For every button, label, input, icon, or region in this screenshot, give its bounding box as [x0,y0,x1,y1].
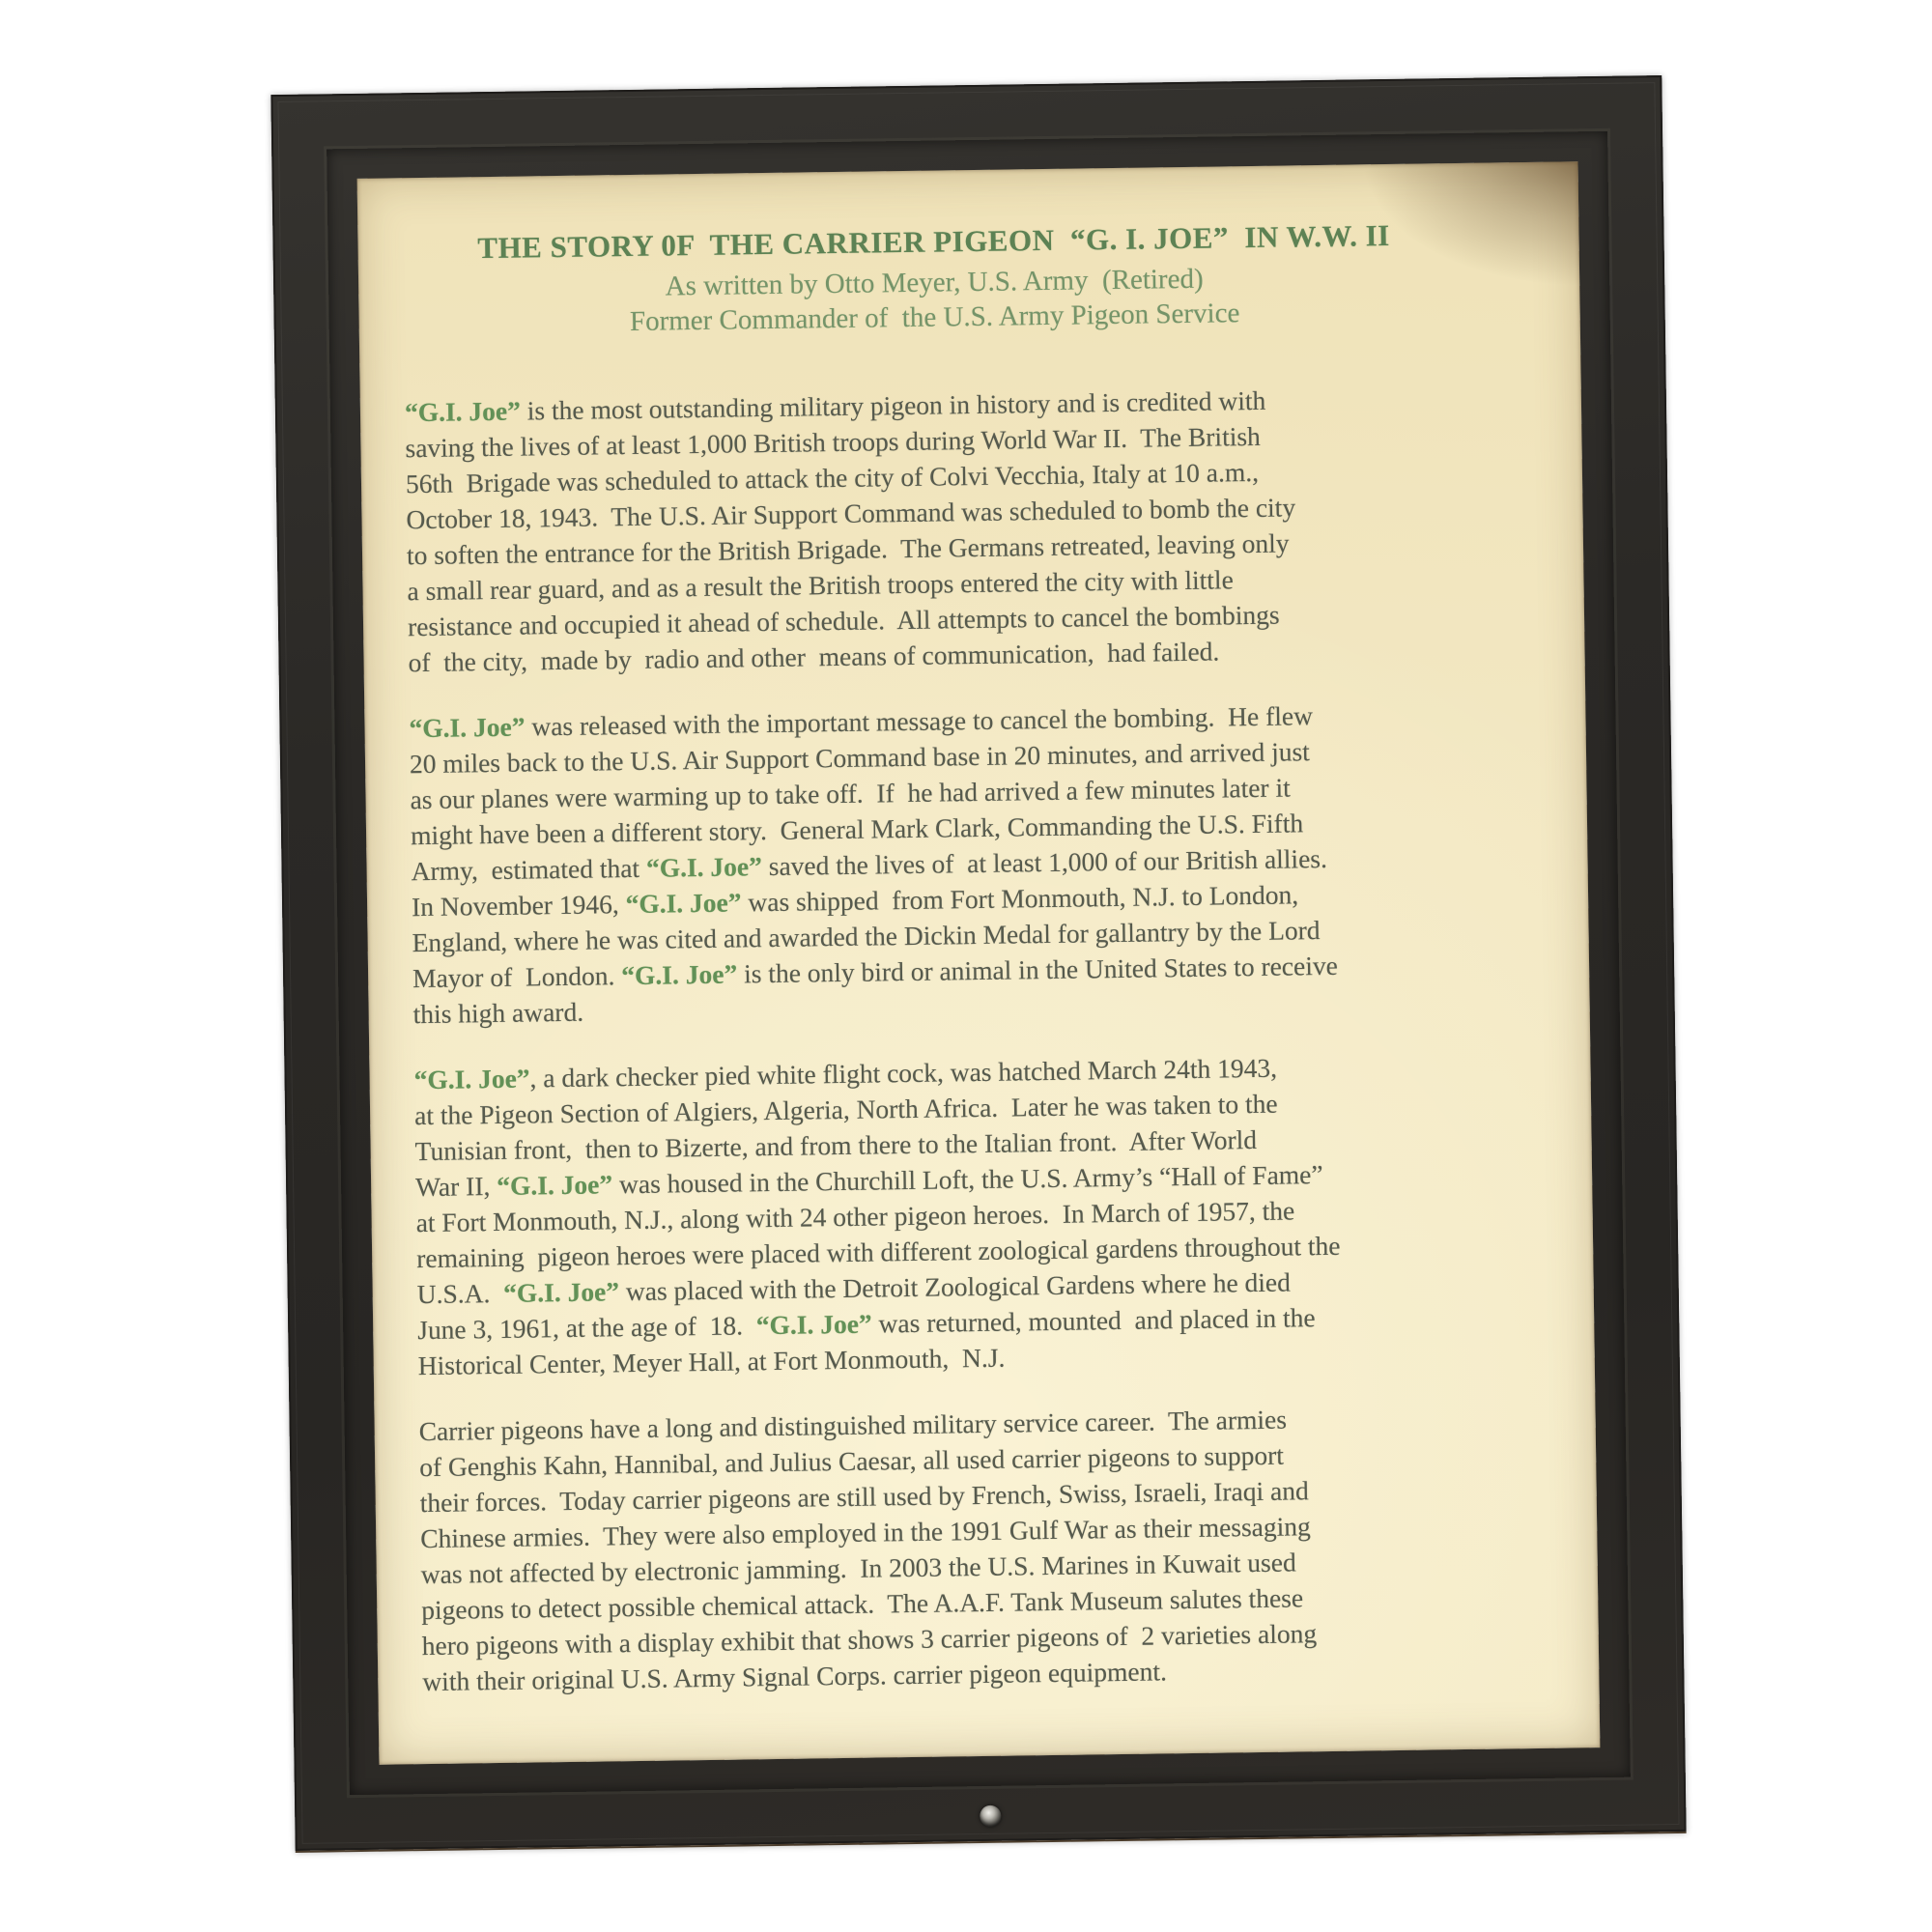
photo-background: THE STORY 0F THE CARRIER PIGEON “G. I. J… [0,0,1932,1932]
highlight-run: “G.I. Joe” [503,1276,619,1308]
text-run: is the only bird or animal in the United… [737,951,1338,989]
text-run: Mayor of London. [412,960,622,993]
frame-screw [980,1805,1001,1827]
highlight-run: “G.I. Joe” [409,712,525,744]
highlight-run: “G.I. Joe” [756,1309,872,1341]
highlight-run: “G.I. Joe” [625,887,741,919]
text-run: Historical Center, Meyer Hall, at Fort M… [418,1343,1006,1380]
picture-frame: THE STORY 0F THE CARRIER PIGEON “G. I. J… [270,75,1686,1853]
text-run: Army, estimated that [411,853,646,886]
document-header: THE STORY 0F THE CARRIER PIGEON “G. I. J… [402,217,1465,342]
highlight-run: “G.I. Joe” [621,958,737,990]
text-run: In November 1946, [412,889,626,922]
text-run: saved the lives of at least 1,000 of our… [762,843,1327,881]
document-paper: THE STORY 0F THE CARRIER PIGEON “G. I. J… [357,161,1601,1764]
text-run: this high award. [412,997,583,1029]
text-run: was returned, mounted and placed in the [871,1302,1315,1338]
text-run: with their original U.S. Army Signal Cor… [422,1656,1167,1696]
text-run: War II, [415,1171,497,1202]
highlight-run: “G.I. Joe” [413,1063,529,1094]
highlight-run: “G.I. Joe” [497,1169,612,1201]
highlight-run: “G.I. Joe” [646,851,762,883]
text-run: of the city, made by radio and other mea… [408,636,1219,677]
paragraph: Carrier pigeons have a long and distingu… [418,1399,1485,1699]
text-run: June 3, 1961, at the age of 18. [417,1310,756,1345]
text-run: was shipped from Fort Monmouth, N.J. to … [741,879,1298,917]
document-body: “G.I. Joe” is the most outstanding milit… [405,380,1486,1699]
text-run: U.S.A. [416,1278,503,1309]
paragraph: “G.I. Joe” was released with the importa… [409,696,1476,1032]
highlight-run: “G.I. Joe” [405,396,521,428]
document: THE STORY 0F THE CARRIER PIGEON “G. I. J… [357,161,1600,1699]
paragraph: “G.I. Joe”, a dark checker pied white fl… [413,1047,1481,1383]
paragraph: “G.I. Joe” is the most outstanding milit… [405,380,1471,680]
